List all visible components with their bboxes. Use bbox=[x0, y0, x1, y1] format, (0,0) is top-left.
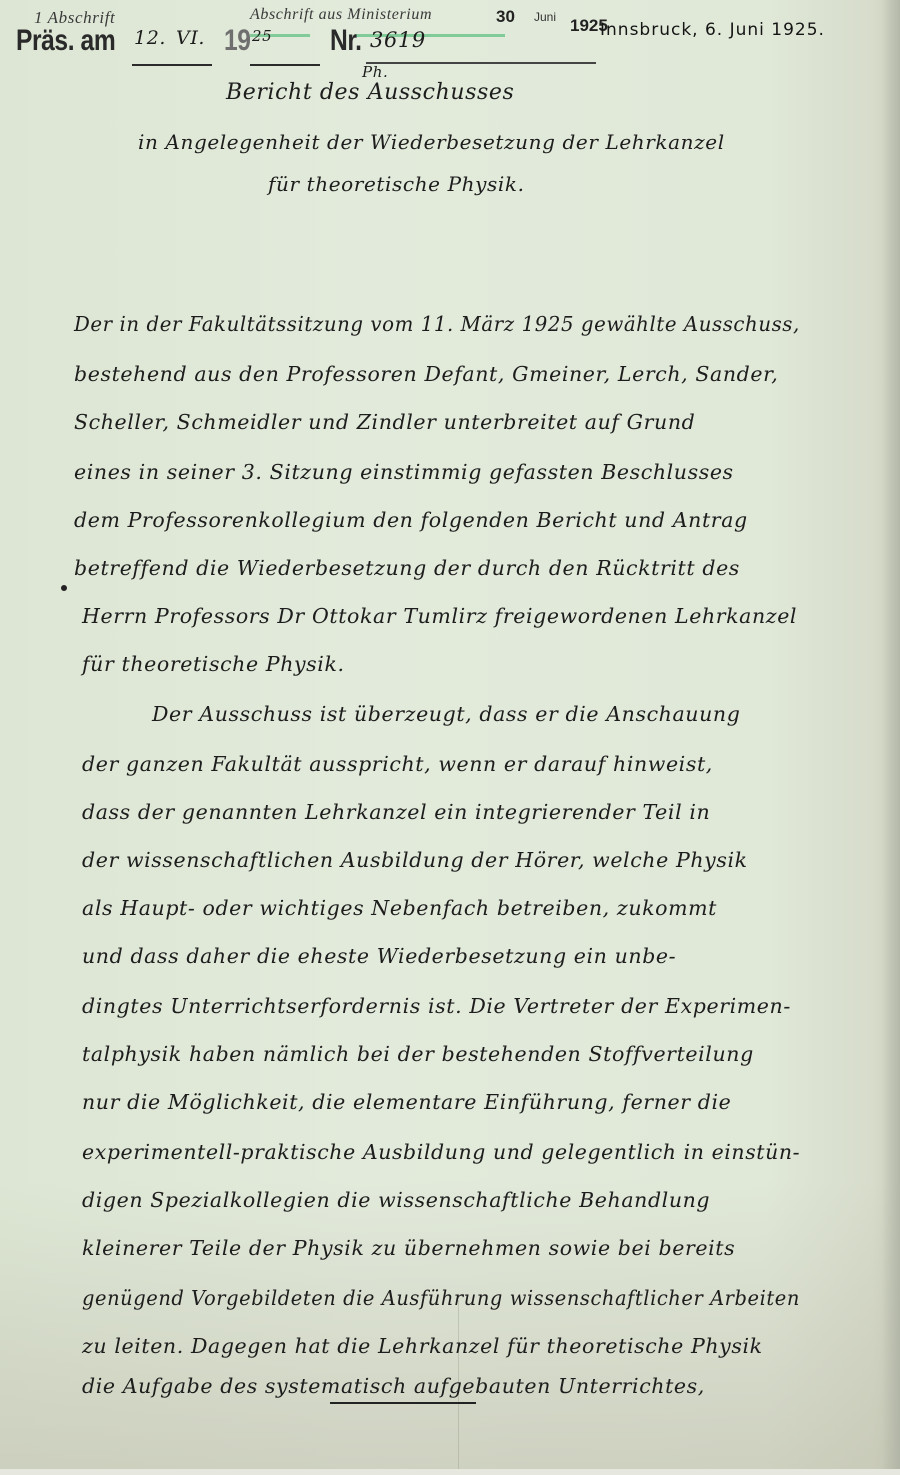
stamp-number-line bbox=[366, 62, 596, 64]
body-line: talphysik haben nämlich bei der bestehen… bbox=[82, 1042, 754, 1066]
body-line: eines in seiner 3. Sitzung einstimmig ge… bbox=[74, 460, 734, 484]
receipt-stamp-prefix: Präs. am bbox=[16, 24, 115, 58]
body-line: der wissenschaftlichen Ausbildung der Hö… bbox=[82, 848, 748, 872]
receipt-stamp-year-prefix: 19 bbox=[224, 24, 251, 58]
body-line: und dass daher die eheste Wiederbesetzun… bbox=[82, 944, 676, 968]
receipt-stamp-month: VI. bbox=[176, 27, 205, 49]
body-line: bestehend aus den Professoren Defant, Gm… bbox=[74, 362, 778, 386]
body-line: für theoretische Physik. bbox=[82, 652, 345, 676]
body-line: experimentell-praktische Ausbildung und … bbox=[82, 1140, 800, 1164]
document-page: 1 Abschrift Abschrift aus Ministerium 30… bbox=[0, 0, 900, 1475]
body-line: Der in der Fakultätssitzung vom 11. März… bbox=[74, 312, 800, 336]
stamp-year-line bbox=[250, 64, 320, 66]
body-line: kleinerer Teile der Physik zu übernehmen… bbox=[82, 1236, 735, 1260]
body-line: Scheller, Schmeidler und Zindler unterbr… bbox=[74, 410, 695, 434]
body-line: dem Professorenkollegium den folgenden B… bbox=[74, 508, 748, 532]
stamp-day-line bbox=[132, 64, 212, 66]
paper-edge-shadow bbox=[882, 0, 900, 1475]
report-title: Bericht des Ausschusses bbox=[226, 80, 514, 105]
body-line: dass der genannten Lehrkanzel ein integr… bbox=[82, 800, 710, 824]
receipt-stamp-number: 3619 bbox=[370, 28, 426, 52]
body-line: nur die Möglichkeit, die elementare Einf… bbox=[82, 1090, 731, 1114]
receipt-stamp-year-suffix: 25 bbox=[252, 27, 272, 45]
body-line: dingtes Unterrichtserfordernis ist. Die … bbox=[82, 994, 791, 1018]
report-subject: für theoretische Physik. bbox=[268, 172, 525, 196]
body-line: digen Spezialkollegien die wissenschaftl… bbox=[82, 1188, 710, 1212]
ink-dot-mark bbox=[61, 585, 67, 591]
report-subtitle: in Angelegenheit der Wiederbesetzung der… bbox=[138, 130, 725, 154]
body-line-paragraph-start: Der Ausschuss ist überzeugt, dass er die… bbox=[152, 702, 740, 726]
body-line: genügend Vorgebildeten die Ausführung wi… bbox=[82, 1286, 800, 1310]
body-line: als Haupt- oder wichtiges Nebenfach betr… bbox=[82, 896, 717, 920]
emphasis-underline bbox=[330, 1402, 476, 1404]
body-line: der ganzen Fakultät ausspricht, wenn er … bbox=[82, 752, 713, 776]
receipt-stamp-number-label: Nr. bbox=[330, 24, 362, 58]
scan-bottom-edge bbox=[0, 1469, 900, 1475]
body-line: betreffend die Wiederbesetzung der durch… bbox=[74, 556, 740, 580]
receipt-stamp-day: 12. bbox=[134, 27, 166, 49]
receipt-stamp-initials: Ph. bbox=[362, 63, 388, 81]
body-line: zu leiten. Dagegen hat die Lehrkanzel fü… bbox=[82, 1334, 763, 1358]
copy-stamp-day: 30 bbox=[496, 7, 515, 27]
body-line: die Aufgabe des systematisch aufgebauten… bbox=[82, 1374, 705, 1398]
body-line: Herrn Professors Dr Ottokar Tumlirz frei… bbox=[82, 604, 797, 628]
copy-stamp-month: Juni bbox=[534, 10, 556, 24]
place-date: Innsbruck, 6. Juni 1925. bbox=[600, 20, 825, 40]
copy-note-ministry: Abschrift aus Ministerium bbox=[250, 6, 432, 24]
